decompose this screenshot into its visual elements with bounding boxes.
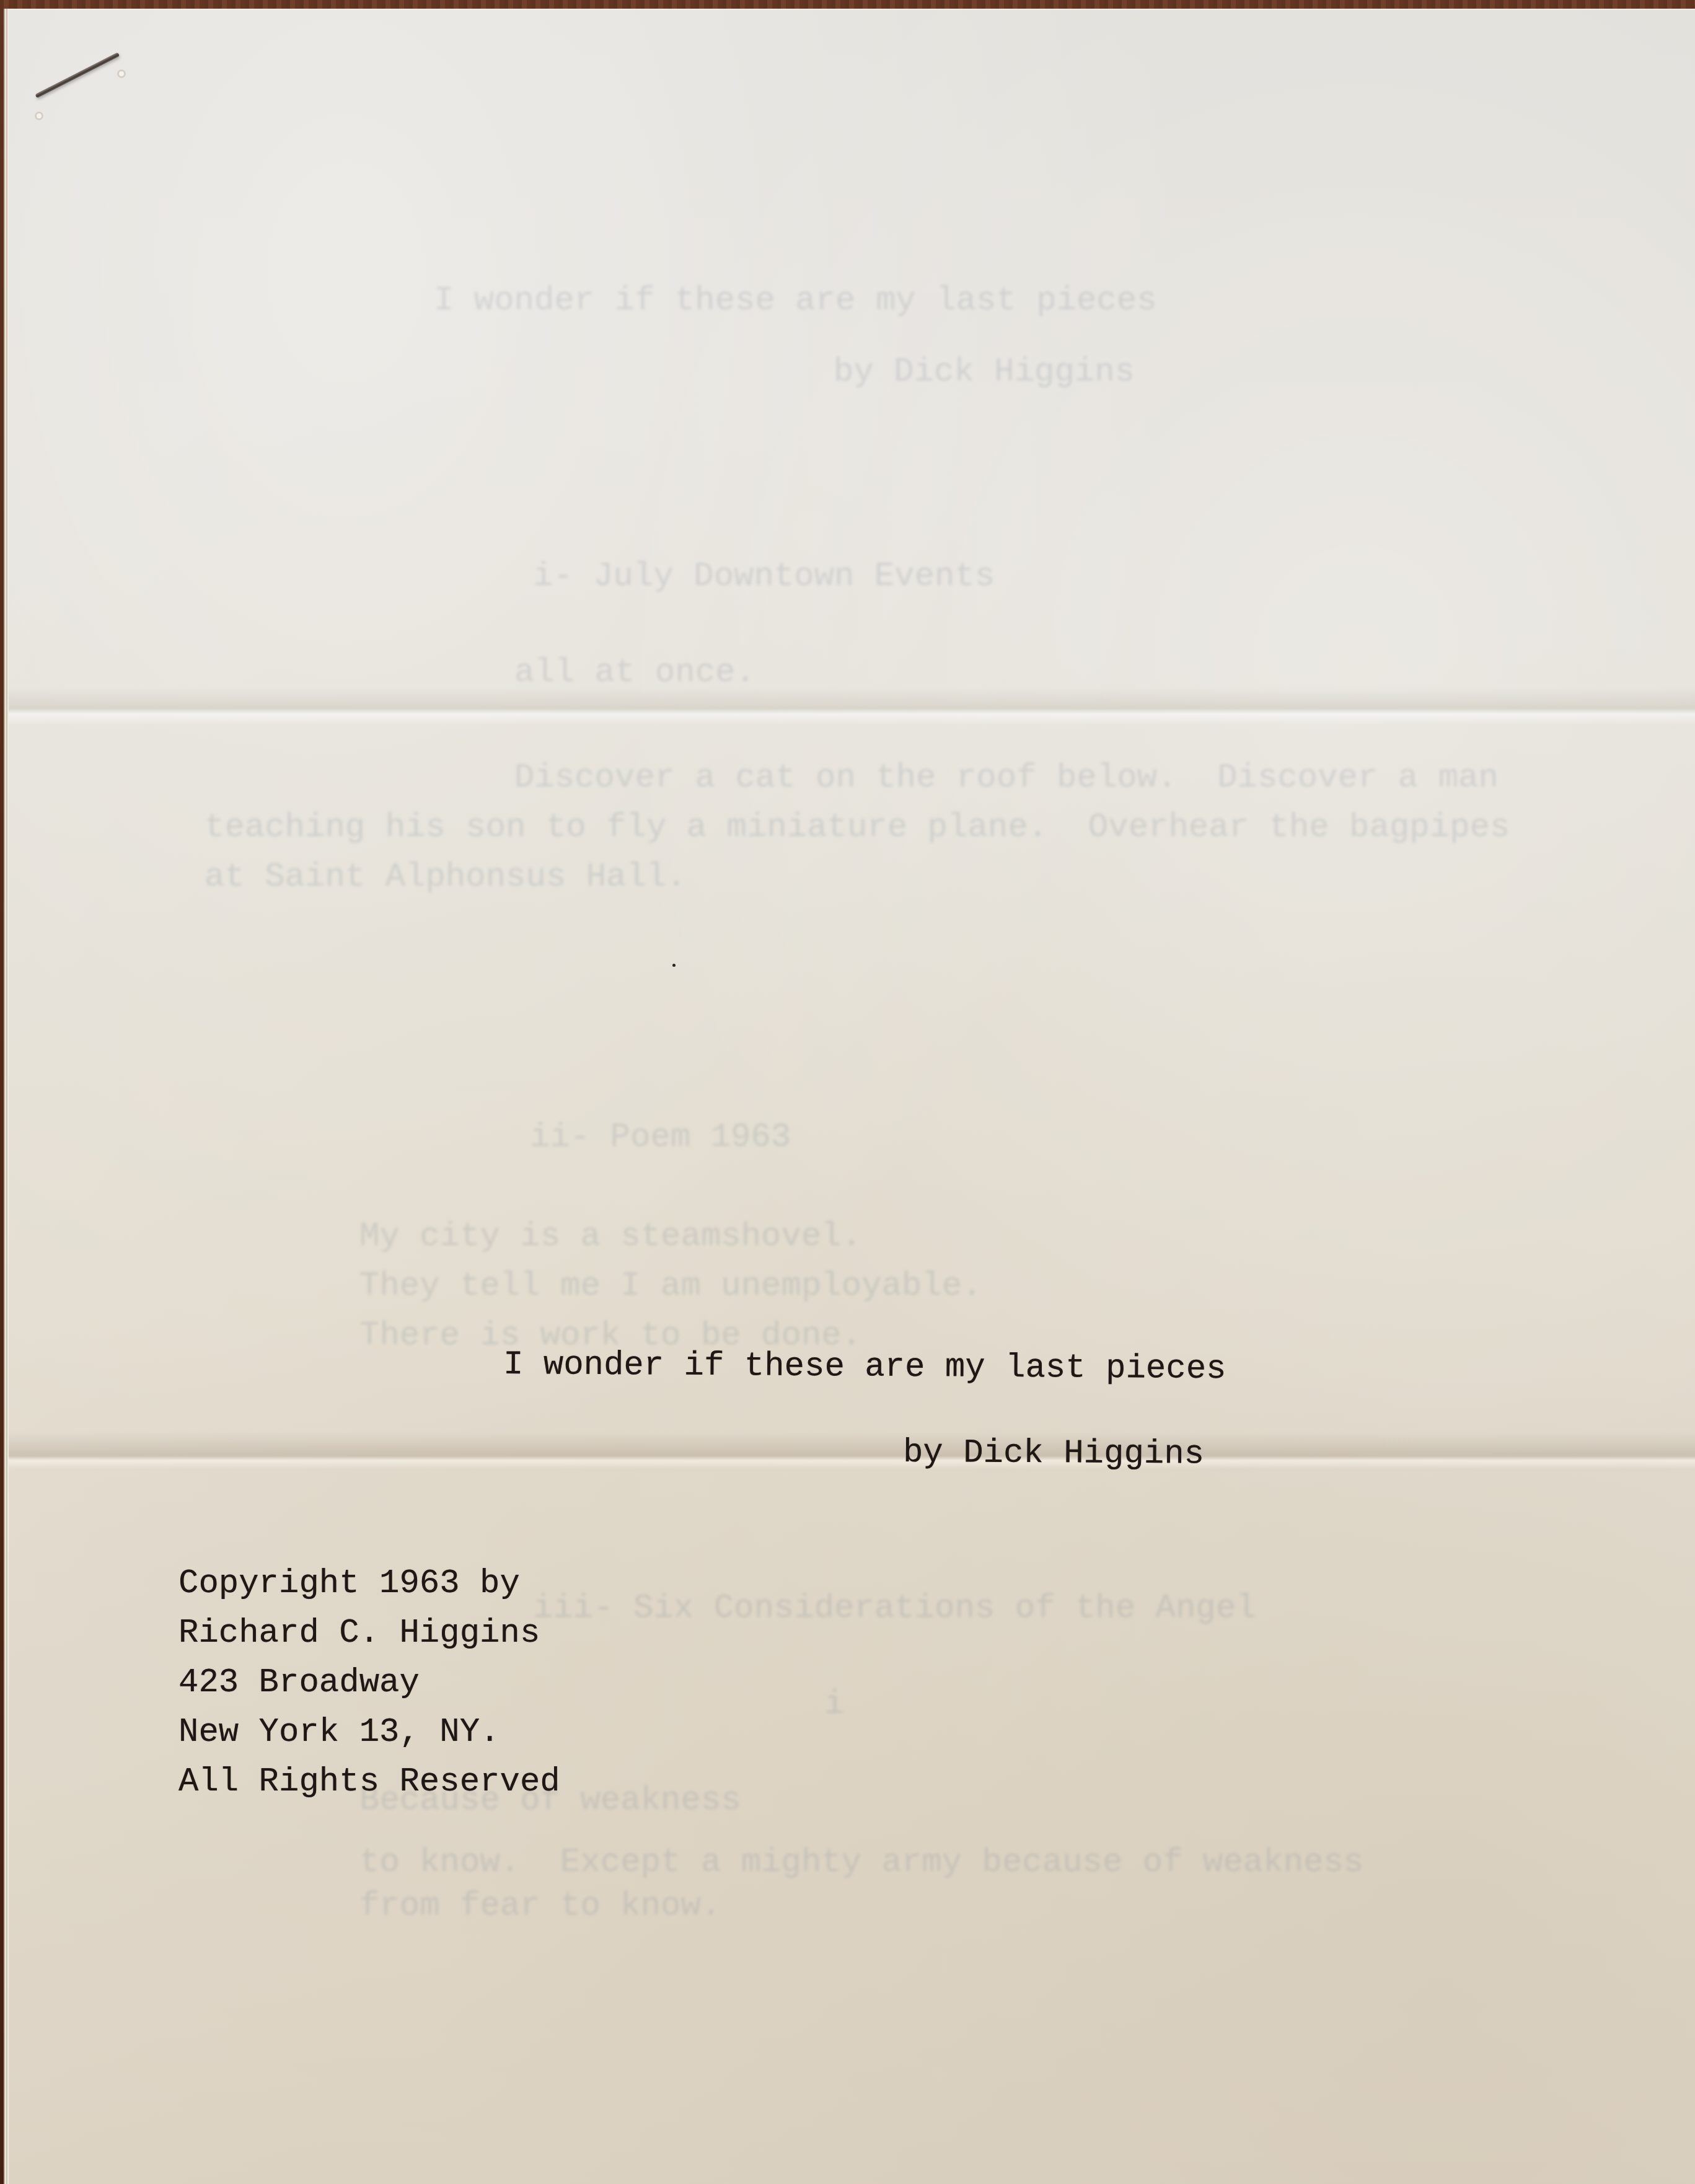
document-title: I wonder if these are my last pieces bbox=[503, 1349, 1226, 1386]
show-through-heading: i- July Downtown Events bbox=[533, 558, 995, 596]
show-through-heading: ii- Poem 1963 bbox=[530, 1119, 791, 1156]
show-through-text: from fear to know. bbox=[359, 1887, 721, 1925]
show-through-text: to know. Except a mighty army because of… bbox=[359, 1844, 1363, 1882]
show-through-heading: iii- Six Considerations of the Angel bbox=[533, 1590, 1256, 1627]
paper-fold-crease bbox=[9, 688, 1695, 725]
author-byline: by Dick Higgins bbox=[903, 1437, 1204, 1472]
show-through-byline: by Dick Higgins bbox=[834, 353, 1135, 391]
show-through-title: I wonder if these are my last pieces bbox=[434, 282, 1157, 320]
rights-reserved: All Rights Reserved bbox=[178, 1758, 560, 1807]
paper-fold-crease bbox=[9, 1432, 1695, 1469]
show-through-text: My city is a steamshovel. bbox=[359, 1218, 861, 1256]
copyright-holder: Richard C. Higgins bbox=[178, 1609, 560, 1658]
staple-hole bbox=[35, 112, 43, 120]
address-street: 423 Broadway bbox=[178, 1658, 560, 1708]
ink-speck bbox=[672, 964, 676, 967]
show-through-text: They tell me I am unemployable. bbox=[359, 1267, 982, 1305]
address-city: New York 13, NY. bbox=[178, 1708, 560, 1758]
show-through-text: all at once. bbox=[514, 654, 755, 692]
show-through-text: Discover a cat on the roof below. Discov… bbox=[514, 759, 1499, 797]
show-through-text: at Saint Alphonsus Hall. bbox=[205, 858, 687, 896]
show-through-text: i bbox=[824, 1686, 844, 1724]
staple-hole bbox=[117, 69, 126, 78]
copyright-line: Copyright 1963 by bbox=[178, 1559, 560, 1609]
copyright-notice: Copyright 1963 by Richard C. Higgins 423… bbox=[178, 1559, 560, 1807]
show-through-text: teaching his son to fly a miniature plan… bbox=[205, 809, 1510, 847]
